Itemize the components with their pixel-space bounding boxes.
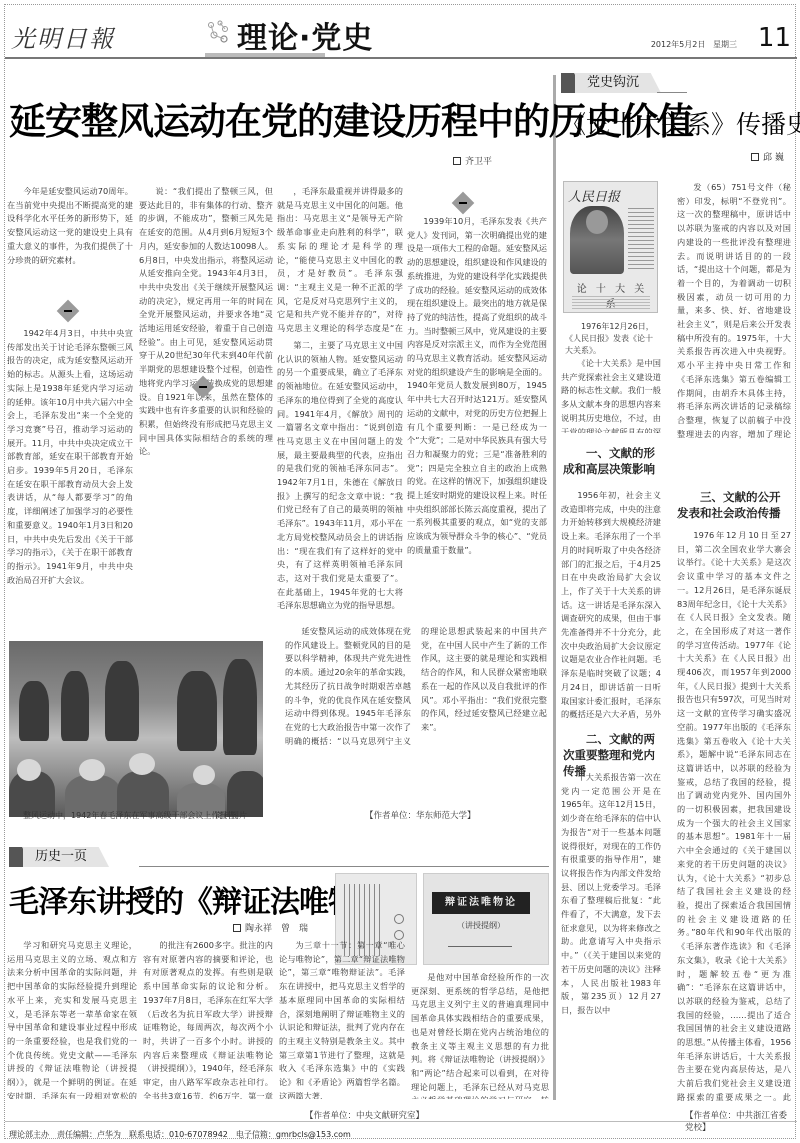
bottom-col2-body: 的批注有2600多字。批注的内容有对原著内容的摘要和评论，也有对原著观点的发挥。… <box>143 939 273 1099</box>
column-tag-dangshi: 党史钩沉 <box>561 73 793 93</box>
lead-headline: 延安整风运动在党的建设历程中的历史价值 <box>9 91 549 145</box>
masthead: 光明日報 理论·党史 2012年5月2日 星期三 11 <box>5 5 797 57</box>
clipping-masthead: 人民日报 <box>568 186 620 205</box>
column-tag-lishi: 历史一页 <box>9 847 549 867</box>
bottom-col3-body: 为三章十一节：第一章“唯心论与唯物论”，第二章“辩证法唯物论”，第三章“唯物辩证… <box>279 939 405 1099</box>
cover-banner: 辩证法唯物论 <box>432 892 530 914</box>
lead-col4-body: 1939年10月，毛泽东发表《共产党人》发刊词，第一次明确提出党的建设是一项伟大… <box>407 215 547 695</box>
bottom-col1-body: 学习和研究马克思主义理论，运用马克思主义的立场、观点和方法来分析中国革命的实际问… <box>7 939 137 1099</box>
page-footer: 理论部主办 责任编辑：卢华为 联系电话：010-67078942 电子信箱：gm… <box>9 1129 351 1140</box>
right-subhead-1: 一、文献的形成和高层决策影响 <box>563 445 663 477</box>
atom-decoration-icon <box>205 19 231 45</box>
right-col2-body: 发（65）751号文件（秘密）印发，标明“不登党刊”。这一次的整理稿中，原讲话中… <box>677 181 791 441</box>
section-mark-one-icon <box>57 300 80 323</box>
right-sub1-body: 1956年初，社会主义改造即将完成，中央的注意力开始转移到大规模经济建设上来。毛… <box>561 489 661 721</box>
newspaper-logo: 光明日報 <box>11 19 115 54</box>
lead-author: 齐卫平 <box>465 157 492 167</box>
footer-rule <box>5 1121 797 1122</box>
newspaper-page: 光明日報 理论·党史 2012年5月2日 星期三 11 延安整风运动在党的建设历… <box>4 4 796 1139</box>
bottom-byline: 陶永祥 曾 瑞 <box>233 921 308 934</box>
right-author: 邱 巍 <box>763 153 784 163</box>
cover-subtitle: （讲授提纲） <box>424 920 538 931</box>
people-daily-clipping-image: 人民日报 论 十 大 关 系 <box>563 181 658 313</box>
byline-box-icon <box>233 924 241 932</box>
lead-col3b-body: 第二，主要了马克思主义中国化认识的领袖人物。延安整风运动的另一个重要成果，确立了… <box>277 339 403 625</box>
dialectical-materialism-cover-image: 辩证法唯物论 （讲授提纲） <box>423 873 549 965</box>
section-title: 理论·党史 <box>237 13 373 57</box>
lead-author-unit: 【作者单位：华东师范大学】 <box>365 809 476 821</box>
lead-col3-body: ，毛泽东最重视并讲得最多的就是马克思主义中国化的问题。他指出：马克思主义“是领导… <box>277 185 403 335</box>
publish-date: 2012年5月2日 <box>651 40 706 49</box>
column-divider <box>553 75 556 1100</box>
column-tag-label: 历史一页 <box>23 847 109 867</box>
section-mark-three-icon <box>452 192 475 215</box>
lead-col4b-body: 延安整风运动的成效体现在党的作风建设上。整顿党风的目的是要以科学精神，体现共产党… <box>285 625 547 805</box>
clipping-caption: 1976年12月26日，《人民日报》发表《论十大关系》。 <box>565 321 657 357</box>
photo-credit: 资料图片 <box>215 810 247 821</box>
right-intro: 《论十大关系》是中国共产党探索社会主义建设道路的标志性文献。我们一般多从文献本身… <box>561 357 661 433</box>
lead-col2-body: 说：“我们提出了整顿三风，但要达此目的，非有集体的行动、整齐的步调，不能成功”，… <box>139 185 273 565</box>
photo-caption: 整风运动中，1942年春毛泽东在军事高级干部会议上作报告。 <box>23 810 243 821</box>
bottom-author-unit: 【作者单位：中央文献研究室】 <box>305 1109 424 1121</box>
lead-byline: 齐卫平 <box>453 154 492 167</box>
column-tag-label: 党史钩沉 <box>575 73 661 93</box>
right-sub3-body: 1976年12月10日至27日，第二次全国农业学大寨会议举行。《论十大关系》是这… <box>677 529 791 1105</box>
lead-intro: 今年是延安整风运动70周年。在当前党中央提出不断提高党的建设科学化水平任务的新形… <box>7 185 133 277</box>
weekday: 星期三 <box>713 40 737 49</box>
byline-box-icon <box>453 157 461 165</box>
right-byline: 邱 巍 <box>751 150 784 163</box>
byline-box-icon <box>751 153 759 161</box>
masthead-rule <box>5 57 797 59</box>
right-subhead-3: 三、文献的公开发表和社会政治传播 <box>677 489 791 521</box>
dateline: 2012年5月2日 星期三 <box>651 39 737 50</box>
bottom-authors: 陶永祥 曾 瑞 <box>245 924 308 934</box>
right-headline: 《论十大关系》传播史考略 <box>561 105 800 141</box>
right-sub2-body: 十大关系报告第一次在党内一定范围公开是在1965年。这年12月15日，刘少奇在给… <box>561 771 661 1109</box>
rectification-meeting-photo <box>9 641 263 817</box>
bottom-col4-body: 是他对中国革命经验所作的一次更深刻、更系统的哲学总结，是他把马克思主义列宁主义的… <box>411 971 549 1099</box>
page-number: 11 <box>758 23 791 53</box>
lead-col1-body: 1942年4月3日，中共中央宣传部发出关于讨论毛泽东整顿三风报告的决定，成为延安… <box>7 327 133 622</box>
